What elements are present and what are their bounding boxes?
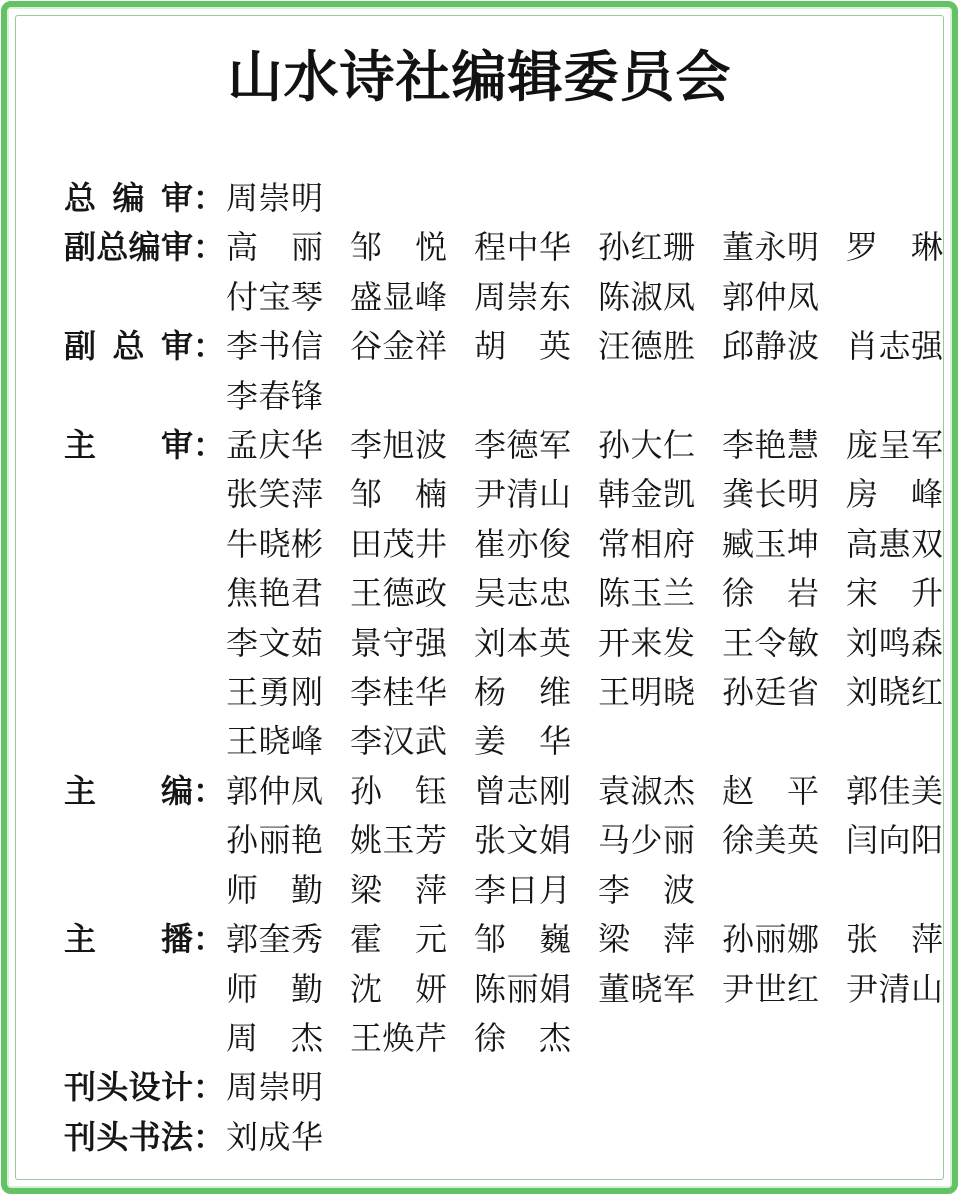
member-name: 尹清山 bbox=[474, 470, 571, 519]
name-row: 牛晓彬田茂井崔亦俊常相府臧玉坤高惠双 bbox=[226, 520, 943, 569]
member-name: 宋升 bbox=[846, 569, 943, 618]
member-name: 李桂华 bbox=[350, 668, 447, 717]
document-page: 山水诗社编辑委员会 总编审：周崇明副总编审：高丽邹悦程中华孙红珊董永明罗琳付宝琴… bbox=[0, 0, 959, 1195]
member-name: 李日月 bbox=[474, 866, 571, 915]
member-name: 杨维 bbox=[474, 668, 571, 717]
member-name: 臧玉坤 bbox=[722, 520, 819, 569]
member-name: 罗琳 bbox=[846, 223, 943, 272]
committee-row: 师勤沈妍陈丽娟董晓军尹世红尹清山 bbox=[16, 965, 943, 1014]
member-name: 郭仲凤 bbox=[722, 273, 819, 322]
member-name: 董晓军 bbox=[598, 965, 695, 1014]
committee-row: 副总编审：高丽邹悦程中华孙红珊董永明罗琳 bbox=[16, 223, 943, 272]
committee-row: 王晓峰李汉武姜华 bbox=[16, 717, 943, 766]
name-row: 师勤梁萍李日月李波 bbox=[226, 866, 695, 915]
name-row: 周崇明 bbox=[226, 174, 323, 223]
member-name: 常相府 bbox=[598, 520, 695, 569]
member-name: 焦艳君 bbox=[226, 569, 323, 618]
role-label: 总编审 bbox=[64, 174, 193, 223]
role-label: 主审 bbox=[64, 421, 193, 470]
member-name: 陈丽娟 bbox=[474, 965, 571, 1014]
name-row: 李春锋 bbox=[226, 372, 323, 421]
member-name: 龚长明 bbox=[722, 470, 819, 519]
member-name: 李波 bbox=[598, 866, 695, 915]
member-name: 汪德胜 bbox=[598, 322, 695, 371]
committee-row: 付宝琴盛显峰周崇东陈淑凤郭仲凤 bbox=[16, 273, 943, 322]
member-name: 田茂井 bbox=[350, 520, 447, 569]
committee-row: 焦艳君王德政吴志忠陈玉兰徐岩宋升 bbox=[16, 569, 943, 618]
role-label: 副总审 bbox=[64, 322, 193, 371]
label-colon: ： bbox=[193, 322, 226, 371]
label-colon: ： bbox=[193, 223, 226, 272]
role-label: 刊头书法 bbox=[64, 1113, 193, 1162]
member-name: 王明晓 bbox=[598, 668, 695, 717]
member-name: 周崇明 bbox=[226, 1063, 323, 1112]
member-name: 尹世红 bbox=[722, 965, 819, 1014]
member-name: 曾志刚 bbox=[474, 767, 571, 816]
label-colon: ： bbox=[193, 421, 226, 470]
member-name: 袁淑杰 bbox=[598, 767, 695, 816]
member-name: 开来发 bbox=[598, 619, 695, 668]
member-name: 徐美英 bbox=[722, 816, 819, 865]
committee-row: 周杰王焕芹徐杰 bbox=[16, 1014, 943, 1063]
member-name: 梁萍 bbox=[598, 915, 695, 964]
member-name: 梁萍 bbox=[350, 866, 447, 915]
member-name: 肖志强 bbox=[846, 322, 943, 371]
member-name: 周崇东 bbox=[474, 273, 571, 322]
label-colon: ： bbox=[193, 767, 226, 816]
member-name: 刘鸣森 bbox=[846, 619, 943, 668]
member-name: 吴志忠 bbox=[474, 569, 571, 618]
name-row: 李书信谷金祥胡英汪德胜邱静波肖志强 bbox=[226, 322, 943, 371]
committee-row: 牛晓彬田茂井崔亦俊常相府臧玉坤高惠双 bbox=[16, 520, 943, 569]
member-name: 胡英 bbox=[474, 322, 571, 371]
role-label: 副总编审 bbox=[64, 223, 193, 272]
member-name: 霍元 bbox=[350, 915, 447, 964]
member-name: 刘成华 bbox=[226, 1113, 323, 1162]
committee-row: 刊头设计：周崇明 bbox=[16, 1063, 943, 1112]
member-name: 闫向阳 bbox=[846, 816, 943, 865]
name-row: 周杰王焕芹徐杰 bbox=[226, 1014, 571, 1063]
member-name: 孙廷省 bbox=[722, 668, 819, 717]
member-name: 师勤 bbox=[226, 965, 323, 1014]
member-name: 王勇刚 bbox=[226, 668, 323, 717]
label-colon: ： bbox=[193, 1113, 226, 1162]
member-name: 邹楠 bbox=[350, 470, 447, 519]
member-name: 崔亦俊 bbox=[474, 520, 571, 569]
committee-list: 总编审：周崇明副总编审：高丽邹悦程中华孙红珊董永明罗琳付宝琴盛显峰周崇东陈淑凤郭… bbox=[16, 174, 943, 1162]
name-row: 刘成华 bbox=[226, 1113, 323, 1162]
member-name: 盛显峰 bbox=[350, 273, 447, 322]
member-name: 郭奎秀 bbox=[226, 915, 323, 964]
inner-border-frame: 山水诗社编辑委员会 总编审：周崇明副总编审：高丽邹悦程中华孙红珊董永明罗琳付宝琴… bbox=[15, 15, 944, 1180]
member-name: 李文茹 bbox=[226, 619, 323, 668]
member-name: 景守强 bbox=[350, 619, 447, 668]
member-name: 付宝琴 bbox=[226, 273, 323, 322]
committee-row: 李文茹景守强刘本英开来发王令敏刘鸣森 bbox=[16, 619, 943, 668]
member-name: 郭佳美 bbox=[846, 767, 943, 816]
name-row: 郭仲凤孙钰曾志刚袁淑杰赵平郭佳美 bbox=[226, 767, 943, 816]
member-name: 周杰 bbox=[226, 1014, 323, 1063]
member-name: 李德军 bbox=[474, 421, 571, 470]
member-name: 周崇明 bbox=[226, 174, 323, 223]
committee-row: 主编：郭仲凤孙钰曾志刚袁淑杰赵平郭佳美 bbox=[16, 767, 943, 816]
label-colon: ： bbox=[193, 1063, 226, 1112]
committee-row: 副总审：李书信谷金祥胡英汪德胜邱静波肖志强 bbox=[16, 322, 943, 371]
role-label: 刊头设计 bbox=[64, 1063, 193, 1112]
committee-row: 张笑萍邹楠尹清山韩金凯龚长明房峰 bbox=[16, 470, 943, 519]
member-name: 姜华 bbox=[474, 717, 571, 766]
name-row: 孟庆华李旭波李德军孙大仁李艳慧庞呈军 bbox=[226, 421, 943, 470]
member-name: 张萍 bbox=[846, 915, 943, 964]
member-name: 王令敏 bbox=[722, 619, 819, 668]
member-name: 沈妍 bbox=[350, 965, 447, 1014]
member-name: 徐杰 bbox=[474, 1014, 571, 1063]
member-name: 谷金祥 bbox=[350, 322, 447, 371]
role-label: 主编 bbox=[64, 767, 193, 816]
member-name: 李春锋 bbox=[226, 372, 323, 421]
name-row: 周崇明 bbox=[226, 1063, 323, 1112]
member-name: 郭仲凤 bbox=[226, 767, 323, 816]
member-name: 陈淑凤 bbox=[598, 273, 695, 322]
member-name: 尹清山 bbox=[846, 965, 943, 1014]
member-name: 程中华 bbox=[474, 223, 571, 272]
member-name: 高惠双 bbox=[846, 520, 943, 569]
role-label: 主播 bbox=[64, 915, 193, 964]
member-name: 邱静波 bbox=[722, 322, 819, 371]
member-name: 孙红珊 bbox=[598, 223, 695, 272]
committee-row: 师勤梁萍李日月李波 bbox=[16, 866, 943, 915]
committee-row: 李春锋 bbox=[16, 372, 943, 421]
name-row: 张笑萍邹楠尹清山韩金凯龚长明房峰 bbox=[226, 470, 943, 519]
committee-row: 总编审：周崇明 bbox=[16, 174, 943, 223]
label-colon: ： bbox=[193, 915, 226, 964]
member-name: 徐岩 bbox=[722, 569, 819, 618]
member-name: 牛晓彬 bbox=[226, 520, 323, 569]
member-name: 王焕芹 bbox=[350, 1014, 447, 1063]
member-name: 马少丽 bbox=[598, 816, 695, 865]
member-name: 王德政 bbox=[350, 569, 447, 618]
member-name: 李汉武 bbox=[350, 717, 447, 766]
committee-row: 孙丽艳姚玉芳张文娟马少丽徐美英闫向阳 bbox=[16, 816, 943, 865]
member-name: 师勤 bbox=[226, 866, 323, 915]
member-name: 孟庆华 bbox=[226, 421, 323, 470]
member-name: 庞呈军 bbox=[846, 421, 943, 470]
name-row: 焦艳君王德政吴志忠陈玉兰徐岩宋升 bbox=[226, 569, 943, 618]
member-name: 董永明 bbox=[722, 223, 819, 272]
name-row: 付宝琴盛显峰周崇东陈淑凤郭仲凤 bbox=[226, 273, 819, 322]
member-name: 孙丽娜 bbox=[722, 915, 819, 964]
label-colon: ： bbox=[193, 174, 226, 223]
member-name: 韩金凯 bbox=[598, 470, 695, 519]
member-name: 孙钰 bbox=[350, 767, 447, 816]
member-name: 赵平 bbox=[722, 767, 819, 816]
member-name: 邹悦 bbox=[350, 223, 447, 272]
name-row: 郭奎秀霍元邹巍梁萍孙丽娜张萍 bbox=[226, 915, 943, 964]
name-row: 师勤沈妍陈丽娟董晓军尹世红尹清山 bbox=[226, 965, 943, 1014]
member-name: 房峰 bbox=[846, 470, 943, 519]
member-name: 刘本英 bbox=[474, 619, 571, 668]
member-name: 李书信 bbox=[226, 322, 323, 371]
name-row: 李文茹景守强刘本英开来发王令敏刘鸣森 bbox=[226, 619, 943, 668]
member-name: 王晓峰 bbox=[226, 717, 323, 766]
committee-row: 王勇刚李桂华杨维王明晓孙廷省刘晓红 bbox=[16, 668, 943, 717]
member-name: 姚玉芳 bbox=[350, 816, 447, 865]
member-name: 高丽 bbox=[226, 223, 323, 272]
page-title: 山水诗社编辑委员会 bbox=[16, 46, 943, 108]
name-row: 孙丽艳姚玉芳张文娟马少丽徐美英闫向阳 bbox=[226, 816, 943, 865]
name-row: 高丽邹悦程中华孙红珊董永明罗琳 bbox=[226, 223, 943, 272]
member-name: 邹巍 bbox=[474, 915, 571, 964]
member-name: 张文娟 bbox=[474, 816, 571, 865]
committee-row: 主播：郭奎秀霍元邹巍梁萍孙丽娜张萍 bbox=[16, 915, 943, 964]
member-name: 李艳慧 bbox=[722, 421, 819, 470]
member-name: 李旭波 bbox=[350, 421, 447, 470]
name-row: 王晓峰李汉武姜华 bbox=[226, 717, 571, 766]
member-name: 刘晓红 bbox=[846, 668, 943, 717]
member-name: 孙丽艳 bbox=[226, 816, 323, 865]
member-name: 孙大仁 bbox=[598, 421, 695, 470]
member-name: 陈玉兰 bbox=[598, 569, 695, 618]
committee-row: 刊头书法：刘成华 bbox=[16, 1113, 943, 1162]
committee-row: 主审：孟庆华李旭波李德军孙大仁李艳慧庞呈军 bbox=[16, 421, 943, 470]
member-name: 张笑萍 bbox=[226, 470, 323, 519]
name-row: 王勇刚李桂华杨维王明晓孙廷省刘晓红 bbox=[226, 668, 943, 717]
